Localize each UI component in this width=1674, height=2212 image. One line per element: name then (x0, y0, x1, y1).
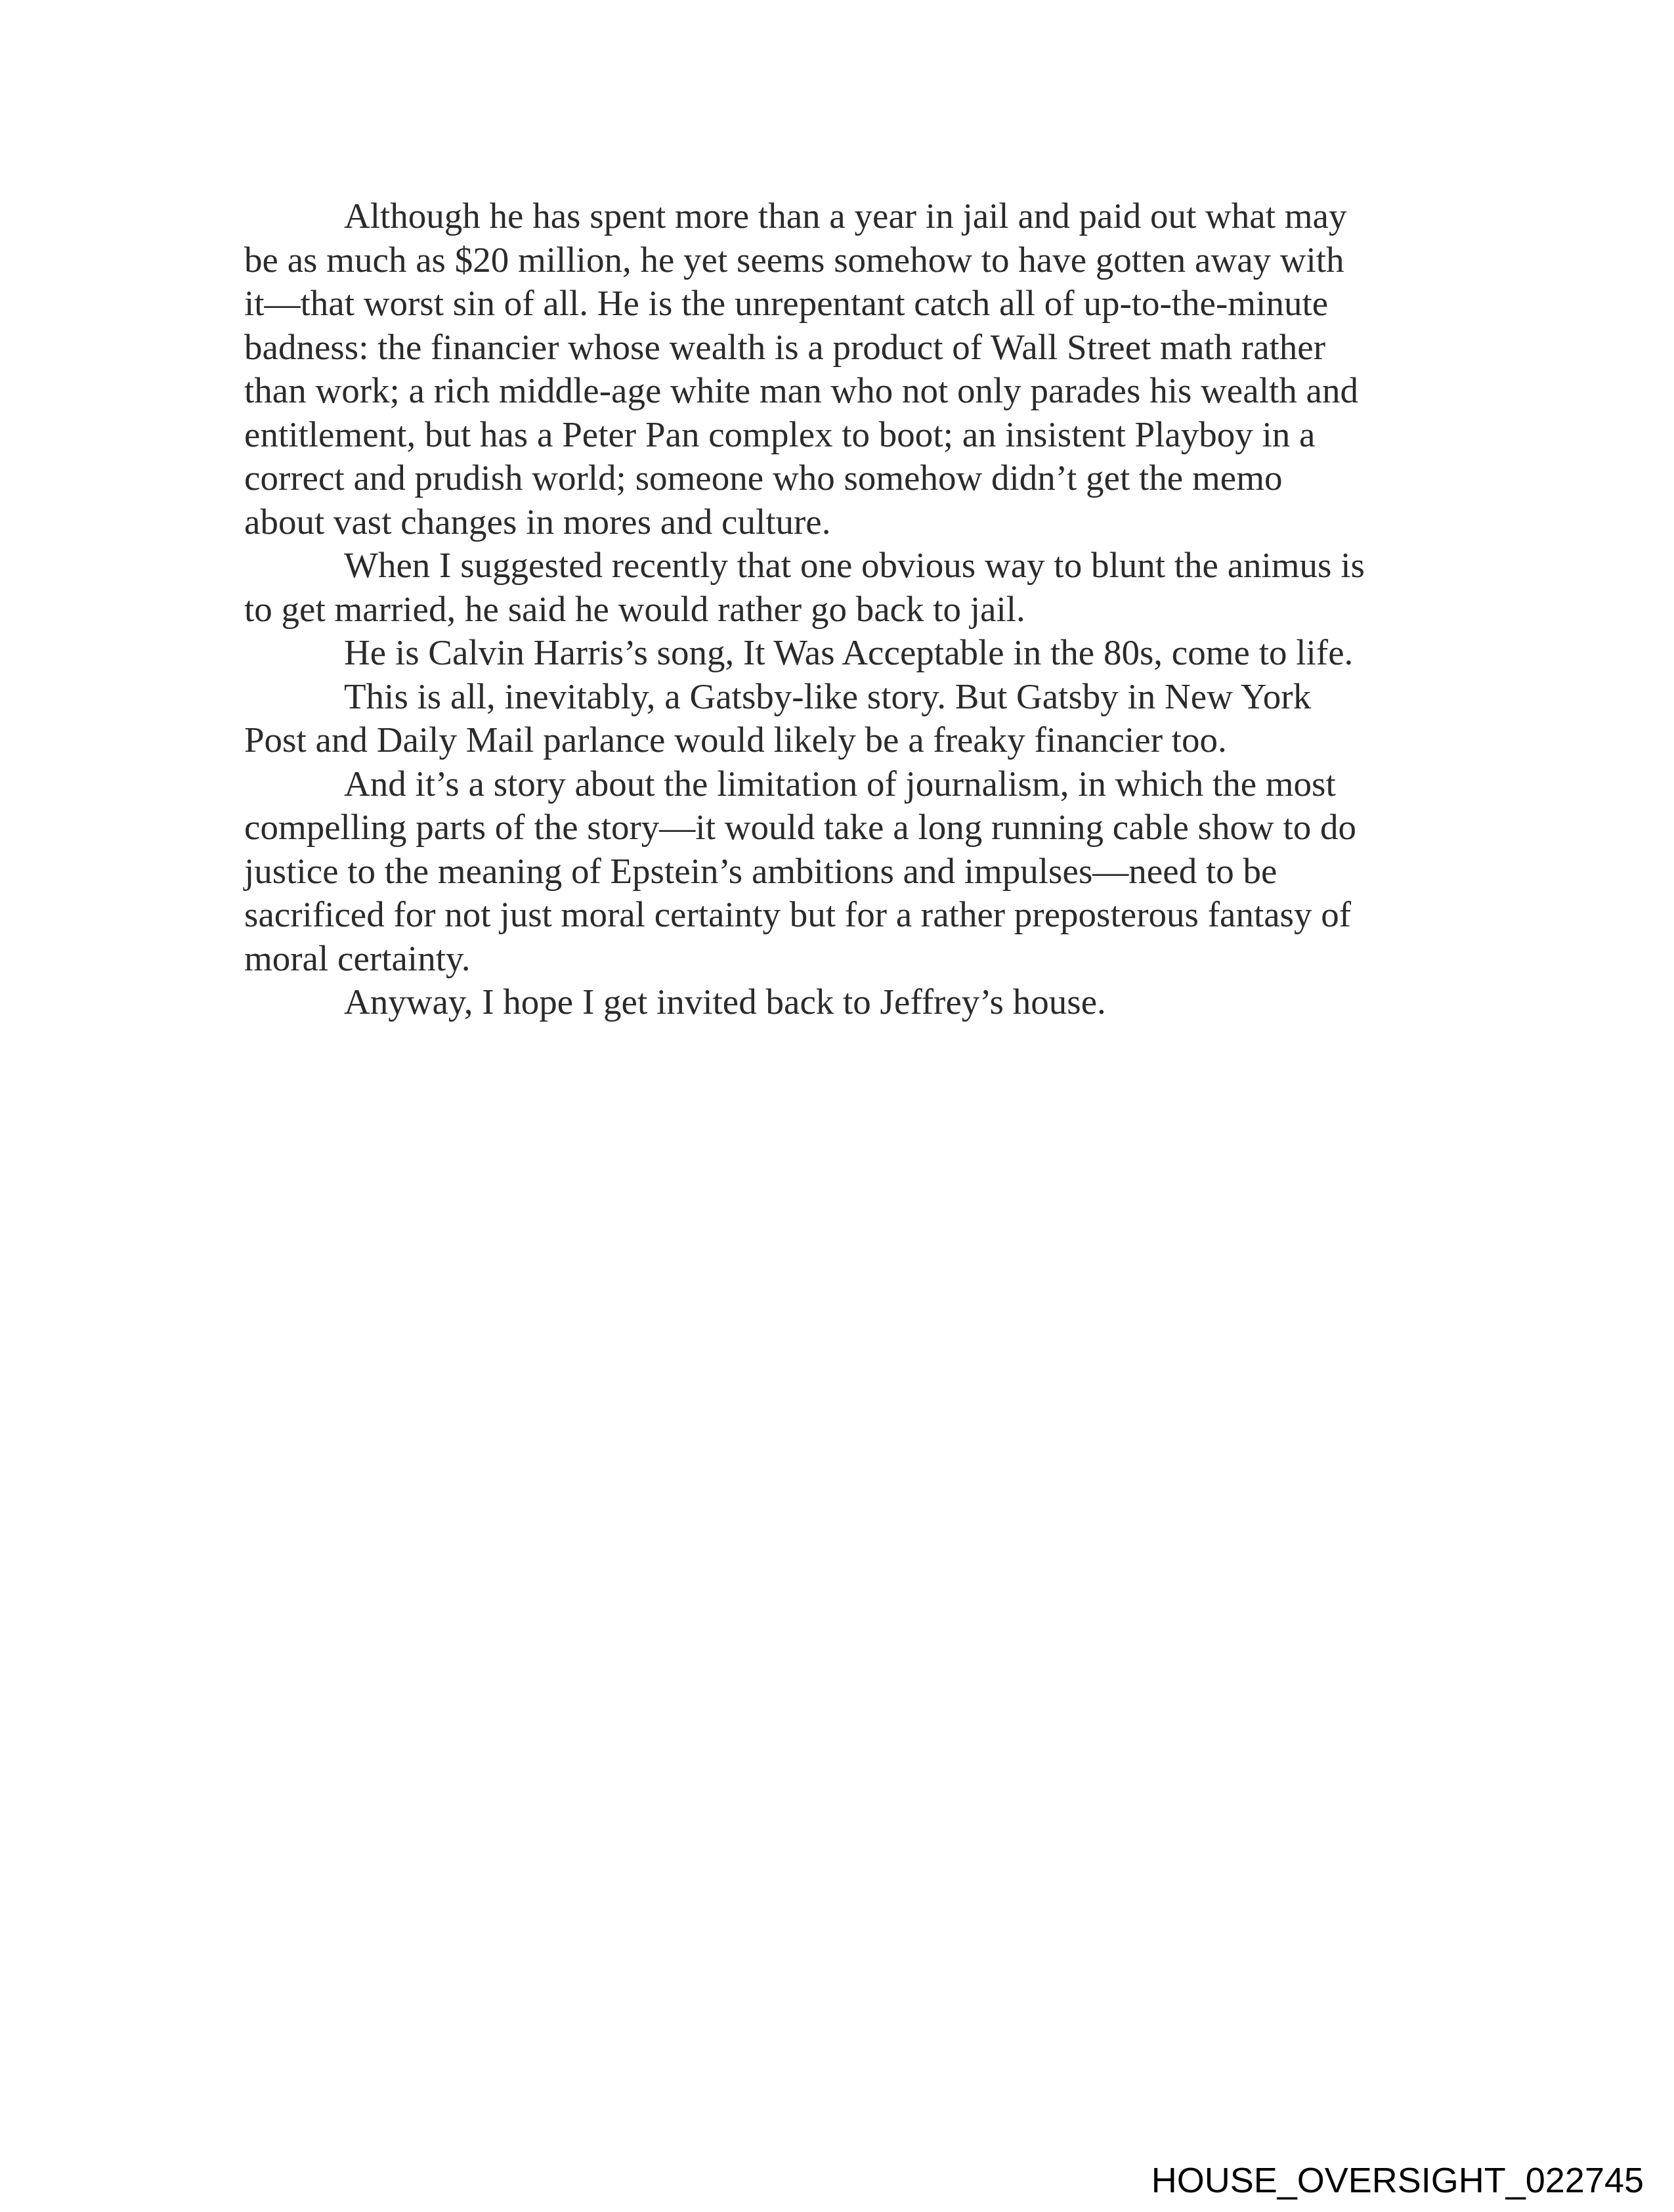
text-line: Although he has spent more than a year i… (244, 194, 1426, 238)
paragraph-3: He is Calvin Harris’s song, It Was Accep… (244, 631, 1426, 675)
text-line: be as much as $20 million, he yet seems … (244, 238, 1426, 282)
text-line: compelling parts of the story—it would t… (244, 806, 1426, 850)
text-line: And it’s a story about the limitation of… (244, 762, 1426, 806)
text-line: than work; a rich middle-age white man w… (244, 369, 1426, 413)
text-line: moral certainty. (244, 937, 1426, 981)
text-line: it—that worst sin of all. He is the unre… (244, 282, 1426, 326)
paragraph-1: Although he has spent more than a year i… (244, 194, 1426, 544)
paragraph-2: When I suggested recently that one obvio… (244, 544, 1426, 631)
text-line: Anyway, I hope I get invited back to Jef… (244, 980, 1426, 1024)
paragraph-6: Anyway, I hope I get invited back to Jef… (244, 980, 1426, 1024)
text-line: This is all, inevitably, a Gatsby-like s… (244, 675, 1426, 719)
paragraph-5: And it’s a story about the limitation of… (244, 762, 1426, 981)
text-line: to get married, he said he would rather … (244, 588, 1426, 632)
text-line: justice to the meaning of Epstein’s ambi… (244, 850, 1426, 894)
text-line: Post and Daily Mail parlance would likel… (244, 718, 1426, 762)
text-line: When I suggested recently that one obvio… (244, 544, 1426, 588)
text-line: He is Calvin Harris’s song, It Was Accep… (244, 631, 1426, 675)
bates-number: HOUSE_OVERSIGHT_022745 (1151, 2160, 1644, 2201)
text-line: correct and prudish world; someone who s… (244, 456, 1426, 500)
text-line: entitlement, but has a Peter Pan complex… (244, 413, 1426, 457)
text-line: sacrificed for not just moral certainty … (244, 893, 1426, 937)
text-line: about vast changes in mores and culture. (244, 500, 1426, 544)
paragraph-4: This is all, inevitably, a Gatsby-like s… (244, 675, 1426, 762)
document-page: Although he has spent more than a year i… (0, 0, 1674, 2212)
text-line: badness: the financier whose wealth is a… (244, 326, 1426, 370)
body-text: Although he has spent more than a year i… (244, 194, 1426, 1024)
